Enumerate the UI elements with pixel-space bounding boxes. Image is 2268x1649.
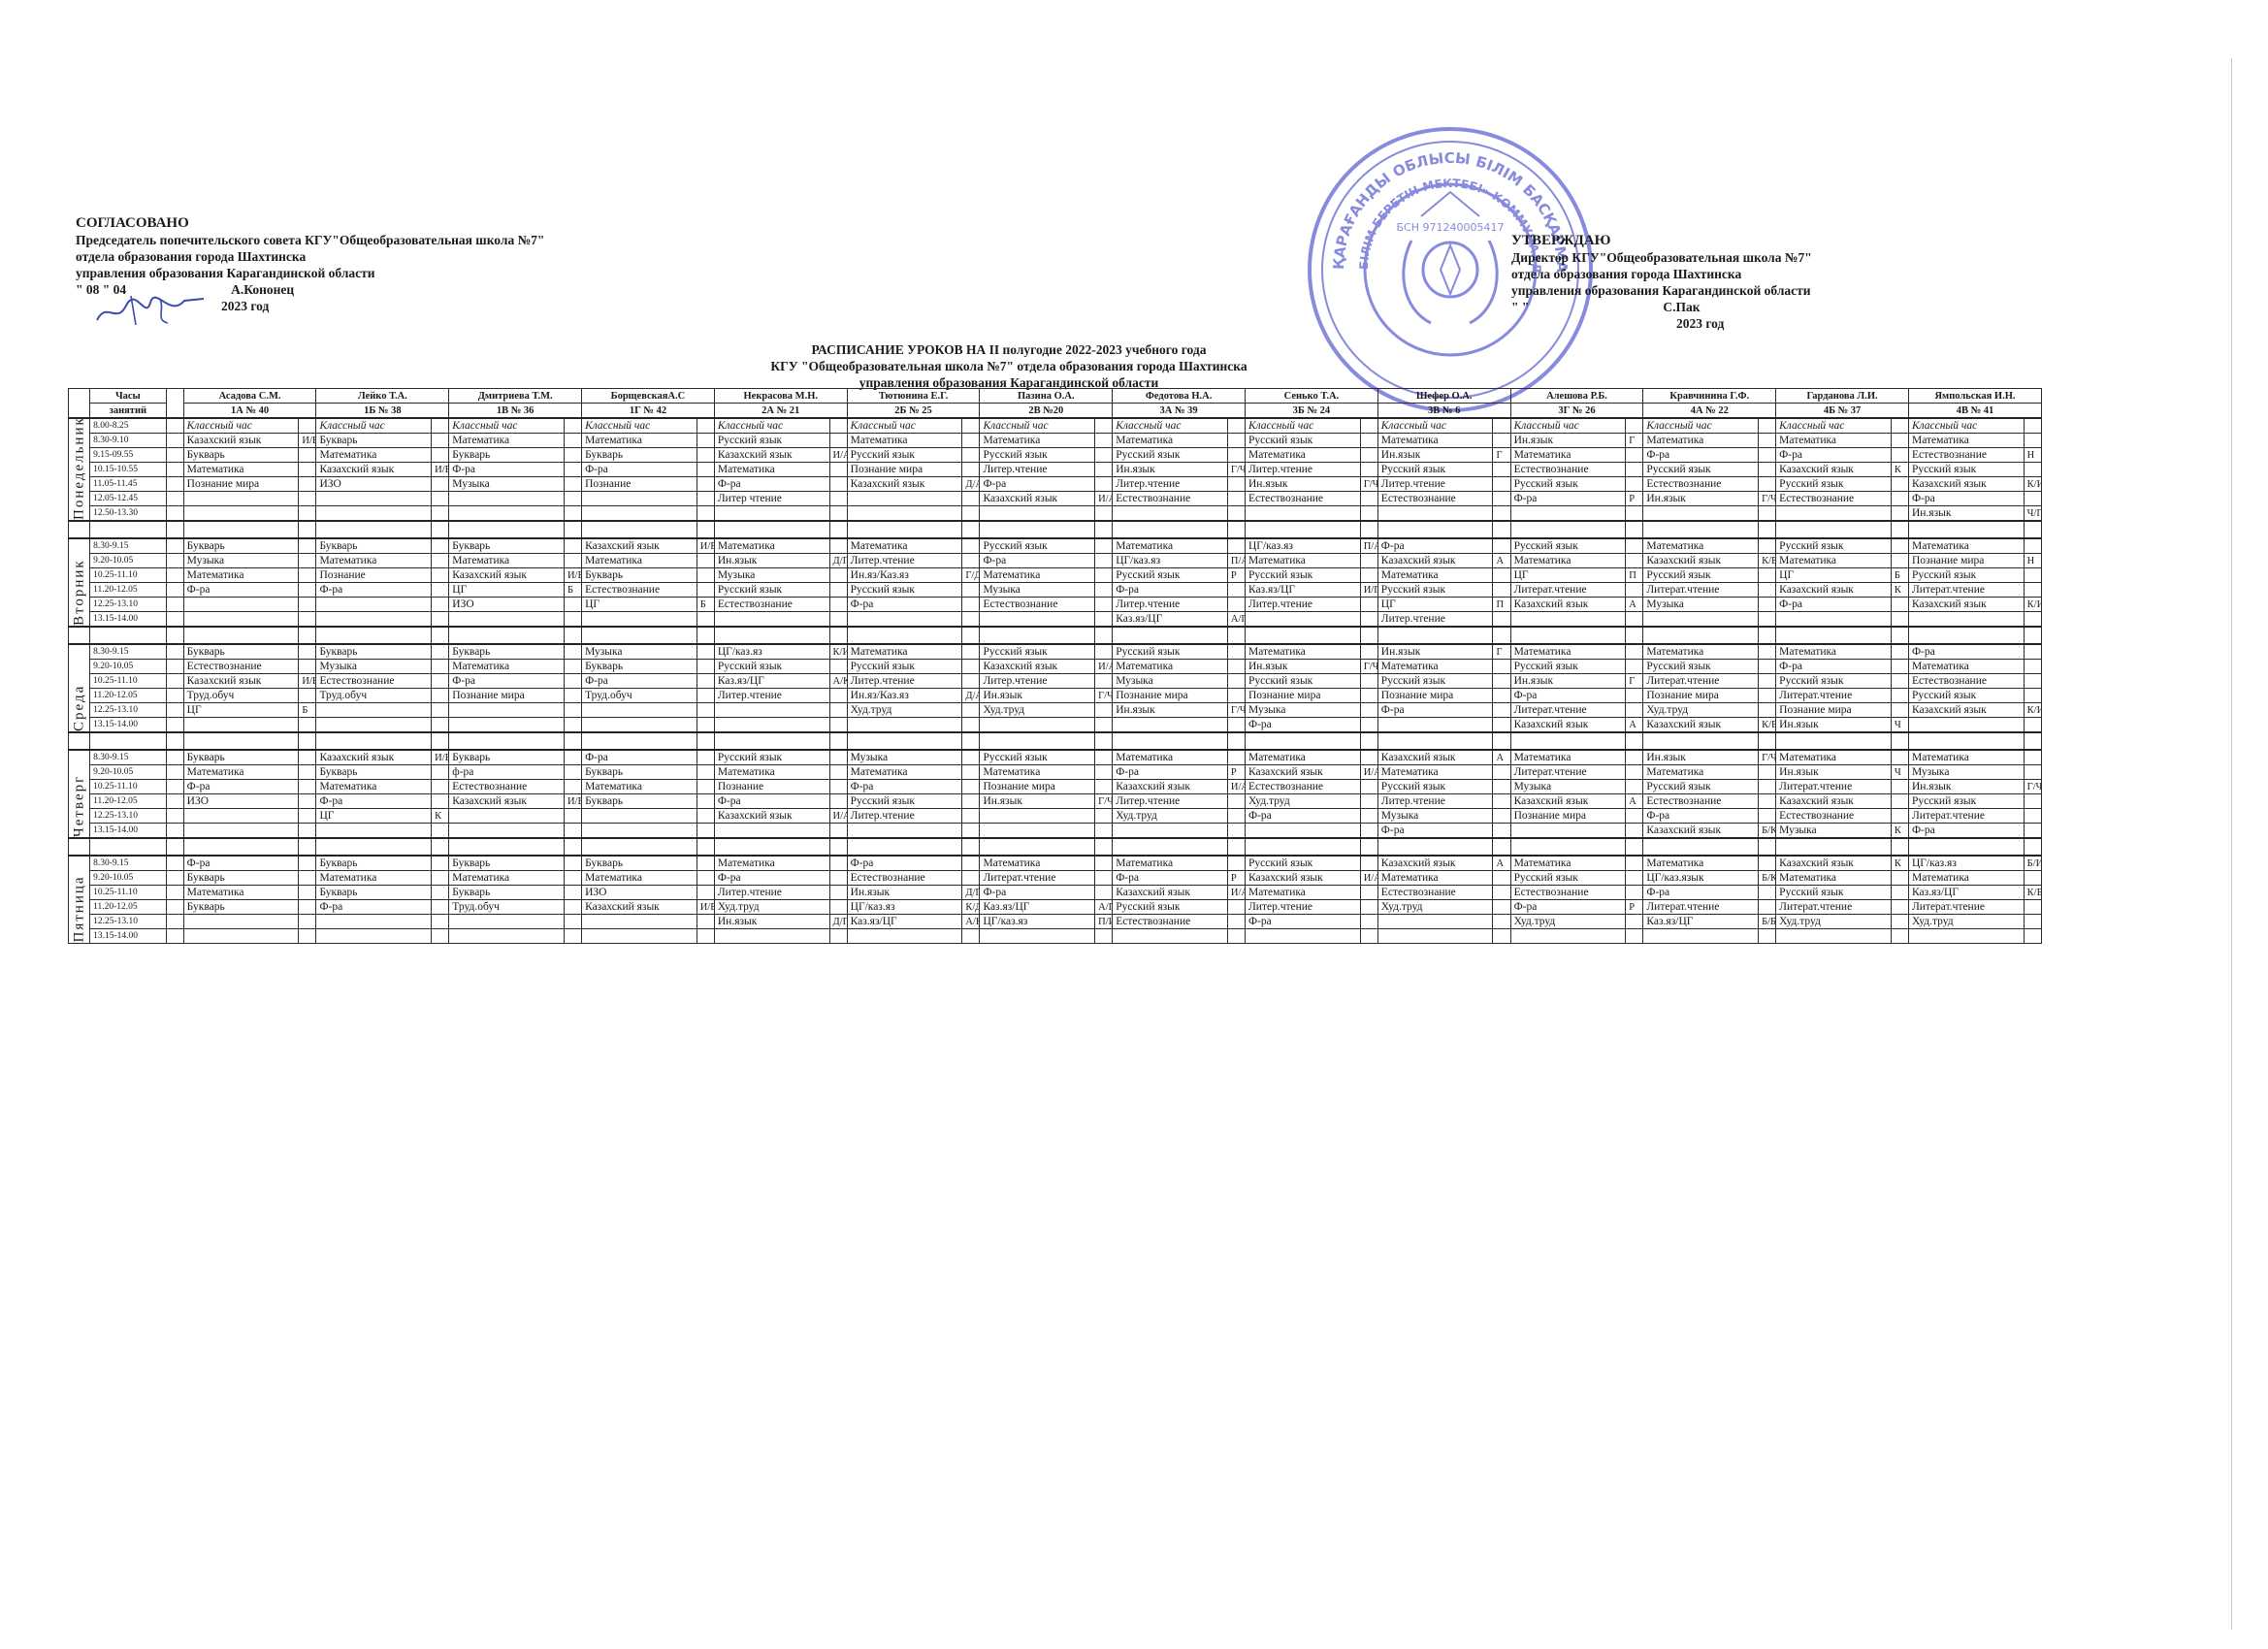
teacher-code [564,750,581,765]
empty-cell [564,838,581,856]
teacher-code [829,703,847,718]
empty-cell [1626,521,1643,538]
lesson-subject: Литерат.чтение [1510,583,1626,598]
teacher-code [299,568,316,583]
teacher-code [962,538,980,554]
teacher-code [829,538,847,554]
lesson-subject [582,718,697,733]
lesson-subject: Ф-ра [980,886,1095,900]
teacher-code [829,612,847,628]
table-row: 9.20-10.05БукварьМатематикаМатематикаМат… [69,871,2042,886]
teacher-code [564,660,581,674]
teacher-code: К/И [2024,598,2041,612]
lesson-subject: Музыка [714,568,829,583]
lesson-subject: Естествознание [183,660,299,674]
teacher-code: Г [1493,644,1510,660]
document-title: РАСПИСАНИЕ УРОКОВ НА II полугодие 2022-2… [582,341,1436,391]
spacer-cell [166,506,183,522]
lesson-time: 8.30-9.15 [90,856,166,871]
schedule-table: ЧасыАсадова С.М.Лейко Т.А.Дмитриева Т.М.… [68,388,2042,944]
empty-cell [564,627,581,644]
teacher-code [829,463,847,477]
teacher-code [962,492,980,506]
teacher-code [697,871,714,886]
lesson-time: 8.00-8.25 [90,418,166,434]
teacher-code: Г [1493,448,1510,463]
lesson-subject: ЦГ/каз.яз [1908,856,2024,871]
empty-cell [714,627,829,644]
approval-block-approved: УТВЕРЖДАЮ Директор КГУ"Общеобразовательн… [1511,233,1812,332]
lesson-subject: Литерат.чтение [1643,674,1759,689]
lesson-subject: Русский язык [1377,674,1493,689]
teacher-code: К/Б [2024,886,2041,900]
lesson-subject: Литер.чтение [1113,598,1228,612]
lesson-subject: Казахский язык [1113,780,1228,794]
lesson-subject [1377,718,1493,733]
lesson-time: 13.15-14.00 [90,612,166,628]
spacer-cell [166,915,183,929]
teacher-code [1360,689,1377,703]
teacher-code [1360,568,1377,583]
teacher-code [299,554,316,568]
lesson-subject: Букварь [183,871,299,886]
lesson-subject [449,718,565,733]
lesson-subject [1776,612,1892,628]
lesson-subject: Классный час [1246,418,1361,434]
teacher-code [697,418,714,434]
empty-cell [449,627,565,644]
lesson-subject: Казахский язык [1510,718,1626,733]
empty-cell [962,521,980,538]
lesson-subject: Ф-ра [1246,718,1361,733]
teacher-code [1891,871,1908,886]
empty-cell [1643,521,1759,538]
empty-cell [1113,521,1228,538]
lesson-subject: Ин.язык [1246,477,1361,492]
empty-cell [847,521,962,538]
teacher-name: Асадова С.М. [183,389,316,404]
teacher-code [697,689,714,703]
lesson-subject [316,612,432,628]
lesson-subject [1776,929,1892,944]
teacher-code: Д/Г [962,886,980,900]
lesson-subject [582,809,697,824]
lesson-subject: Казахский язык [316,750,432,765]
lesson-time: 9.20-10.05 [90,765,166,780]
lesson-subject: Каз.яз/ЦГ [1246,583,1361,598]
lesson-subject: Русский язык [1908,568,2024,583]
lesson-subject: Русский язык [1643,568,1759,583]
spacer-cell [166,448,183,463]
spacer-cell [166,477,183,492]
teacher-code [1626,463,1643,477]
lesson-subject: Ин.язык [980,689,1095,703]
lesson-time: 13.15-14.00 [90,718,166,733]
lesson-subject: Естествознание [1377,886,1493,900]
teacher-code [1626,780,1643,794]
teacher-code: Р [1626,900,1643,915]
day-label: Вторник [69,538,90,627]
teacher-code [1095,886,1113,900]
lesson-subject: Ф-ра [714,871,829,886]
teacher-code [564,929,581,944]
empty-cell [1510,732,1626,750]
teacher-code: Р [1227,765,1245,780]
lesson-subject [1510,506,1626,522]
teacher-code [432,886,449,900]
lesson-subject: Русский язык [1113,448,1228,463]
teacher-code [1493,538,1510,554]
table-row: 9.15-09.55БукварьМатематикаБукварьБуквар… [69,448,2042,463]
lesson-subject [316,703,432,718]
empty-cell [1776,521,1892,538]
teacher-code [2024,915,2041,929]
lesson-subject [714,703,829,718]
teacher-code [1360,674,1377,689]
teacher-code [1891,492,1908,506]
empty-cell [69,521,90,538]
lesson-time: 10.25-11.10 [90,568,166,583]
lesson-subject [980,809,1095,824]
lesson-subject: Букварь [449,750,565,765]
lesson-subject: Казахский язык [582,900,697,915]
lesson-subject: Математика [847,765,962,780]
lesson-subject [582,824,697,839]
teacher-code [1360,794,1377,809]
teacher-code [697,448,714,463]
teacher-code [1227,418,1245,434]
lesson-subject: Естествознание [316,674,432,689]
lesson-subject: Классный час [1643,418,1759,434]
table-row: 12.25-13.10ИЗОЦГБЕстествознаниеФ-раЕстес… [69,598,2042,612]
lesson-subject: Классный час [1776,418,1892,434]
teacher-code [962,765,980,780]
teacher-code: Б/И [2024,856,2041,871]
teacher-code [1360,718,1377,733]
teacher-code [1095,780,1113,794]
teacher-code: Н [2024,554,2041,568]
teacher-code [1626,750,1643,765]
lesson-subject: Литер чтение [714,492,829,506]
teacher-code: И/Б [432,750,449,765]
teacher-code [697,780,714,794]
lesson-subject: Каз.яз/ЦГ [847,915,962,929]
lesson-subject: Русский язык [1246,674,1361,689]
lesson-subject: Ин.яз/Каз.яз [847,689,962,703]
teacher-code [564,689,581,703]
teacher-code [962,703,980,718]
lesson-subject: Литерат.чтение [980,871,1095,886]
lesson-subject: Казахский язык [582,538,697,554]
lesson-subject: Познание мира [1113,689,1228,703]
teacher-code [1227,718,1245,733]
lesson-subject: Математика [449,554,565,568]
lesson-subject [183,612,299,628]
teacher-name: Ямпольская И.Н. [1908,389,2041,404]
teacher-code [564,886,581,900]
teacher-code [1891,929,1908,944]
teacher-code [564,477,581,492]
teacher-code: И/А [1095,492,1113,506]
teacher-code [829,750,847,765]
teacher-code: Б [299,703,316,718]
lesson-subject: Классный час [449,418,565,434]
class-room: 3Г № 26 [1510,404,1643,419]
teacher-code [299,750,316,765]
lesson-subject: Литерат.чтение [1908,809,2024,824]
teacher-code [2024,434,2041,448]
lesson-subject [1377,915,1493,929]
teacher-code [432,900,449,915]
day-separator-row [69,521,2042,538]
teacher-code [962,506,980,522]
teacher-code [1095,718,1113,733]
empty-cell [299,732,316,750]
teacher-code [1227,448,1245,463]
lesson-subject: Познание мира [1908,554,2024,568]
lesson-subject: Ф-ра [1246,809,1361,824]
lesson-subject: ЦГ [1377,598,1493,612]
lesson-subject: Познание мира [1377,689,1493,703]
lesson-subject: Русский язык [714,750,829,765]
teacher-code [1095,568,1113,583]
teacher-code: И/Б [697,900,714,915]
teacher-name: Алешова Р.Б. [1510,389,1643,404]
teacher-code [564,871,581,886]
lesson-subject: Казахский язык [1377,554,1493,568]
teacher-code: Г [1626,434,1643,448]
approval-date-mark: " " [1511,299,1529,315]
lesson-subject: Русский язык [847,448,962,463]
lesson-subject [1246,506,1361,522]
empty-cell [1908,521,2024,538]
lesson-subject [183,506,299,522]
lesson-subject: Казахский язык [1776,856,1892,871]
lesson-subject [847,718,962,733]
teacher-code [1626,886,1643,900]
lesson-subject: Классный час [847,418,962,434]
empty-cell [1891,627,1908,644]
empty-cell [847,627,962,644]
lesson-subject: Ин.язык [1113,463,1228,477]
teacher-code: Г [1626,674,1643,689]
table-row: 10.25-11.10Ф-раМатематикаЕстествознаниеМ… [69,780,2042,794]
lesson-subject: ЦГ [1776,568,1892,583]
teacher-code [697,886,714,900]
teacher-code [1493,674,1510,689]
class-room: 4А № 22 [1643,404,1776,419]
teacher-code [829,434,847,448]
lesson-subject: Русский язык [1908,689,2024,703]
lesson-subject: Худ.труд [1246,794,1361,809]
lesson-subject [980,929,1095,944]
lesson-subject: Математика [449,434,565,448]
lesson-subject: Ф-ра [1377,538,1493,554]
empty-cell [1643,838,1759,856]
teacher-code [1493,886,1510,900]
lesson-subject: Казахский язык [1643,554,1759,568]
teacher-code [299,765,316,780]
teacher-code [1360,900,1377,915]
table-row: 11.20-12.05БукварьФ-раТруд.обучКазахский… [69,900,2042,915]
lesson-time: 8.30-9.10 [90,434,166,448]
lesson-subject [449,915,565,929]
hours-header: Часы [90,389,166,404]
teacher-code [432,780,449,794]
lesson-subject: Ф-ра [1908,492,2024,506]
teacher-code [564,765,581,780]
lesson-subject: Познание [316,568,432,583]
teacher-code [2024,463,2041,477]
lesson-subject: Ф-ра [582,674,697,689]
teacher-code [1360,780,1377,794]
table-row: 12.50-13.30Ин.языкЧ/Г [69,506,2042,522]
lesson-subject: Музыка [183,554,299,568]
lesson-subject: Ф-ра [1776,660,1892,674]
empty-cell [2024,521,2041,538]
teacher-code [1759,477,1776,492]
empty-cell [1908,838,2024,856]
teacher-code [697,660,714,674]
lesson-subject: Худ.труд [1113,809,1228,824]
teacher-code [299,856,316,871]
empty-cell [1095,627,1113,644]
teacher-code [564,824,581,839]
lesson-subject [183,492,299,506]
day-separator-row [69,627,2042,644]
teacher-code [1759,929,1776,944]
lesson-subject: Ин.язык [714,554,829,568]
lesson-subject [1908,929,2024,944]
empty-cell [166,732,183,750]
empty-cell [847,732,962,750]
approval-line: Председатель попечительского совета КГУ"… [76,232,544,248]
teacher-code [2024,824,2041,839]
lesson-subject [183,598,299,612]
table-row: 9.20-10.05МузыкаМатематикаМатематикаМате… [69,554,2042,568]
empty-cell [1493,627,1510,644]
class-room: 1Г № 42 [582,404,715,419]
empty-cell [1510,521,1626,538]
lesson-subject: ЦГ [582,598,697,612]
day-label: Понедельник [69,418,90,521]
empty-cell [980,521,1095,538]
empty-cell [829,521,847,538]
empty-cell [69,627,90,644]
empty-cell [1776,732,1892,750]
day-label: Среда [69,644,90,732]
lesson-subject: Ф-ра [1643,448,1759,463]
teacher-code [1227,915,1245,929]
lesson-subject: Математика [1908,538,2024,554]
teacher-code [299,448,316,463]
lesson-subject: Математика [1776,434,1892,448]
teacher-code [432,598,449,612]
lesson-time: 8.30-9.15 [90,750,166,765]
lesson-subject: Познание мира [183,477,299,492]
lesson-subject: Ф-ра [1643,886,1759,900]
teacher-code [1360,886,1377,900]
empty-cell [1510,838,1626,856]
teacher-code [1759,568,1776,583]
lesson-subject: Музыка [1908,765,2024,780]
lesson-subject: Математика [449,871,565,886]
empty-cell [1360,732,1377,750]
teacher-code [1360,750,1377,765]
teacher-code [962,660,980,674]
empty-cell [1908,732,2024,750]
lesson-subject [847,612,962,628]
lesson-subject: Худ.труд [847,703,962,718]
class-room: 1А № 40 [183,404,316,419]
class-room: 3А № 39 [1113,404,1246,419]
lesson-subject: Букварь [582,568,697,583]
table-row: 9.20-10.05ЕстествознаниеМузыкаМатематика… [69,660,2042,674]
lesson-time: 9.15-09.55 [90,448,166,463]
table-row: 13.15-14.00 [69,929,2042,944]
lesson-subject [1643,929,1759,944]
teacher-code [564,448,581,463]
class-room: 1В № 36 [449,404,582,419]
lesson-subject: Казахский язык [1510,794,1626,809]
empty-cell [183,732,299,750]
lesson-subject: Классный час [316,418,432,434]
teacher-code [1493,780,1510,794]
teacher-code [1759,463,1776,477]
empty-cell [582,838,697,856]
lesson-subject: Русский язык [1776,674,1892,689]
teacher-code: И/Б [432,463,449,477]
teacher-code [1626,477,1643,492]
lesson-subject [449,824,565,839]
teacher-code [1493,434,1510,448]
teacher-code [1891,506,1908,522]
teacher-code [1626,929,1643,944]
lesson-subject: Литерат.чтение [1510,703,1626,718]
lesson-subject: Ф-ра [183,856,299,871]
lesson-subject: Казахский язык [1776,583,1892,598]
teacher-code [697,612,714,628]
teacher-code [2024,718,2041,733]
table-row: Вторник8.30-9.15БукварьБукварьБукварьКаз… [69,538,2042,554]
table-row: 12.25-13.10ЦГККазахский языкИ/АЛитер.чте… [69,809,2042,824]
approval-line: отдела образования города Шахтинска [76,248,544,265]
teacher-code [1360,824,1377,839]
teacher-code [1360,463,1377,477]
teacher-code [1095,765,1113,780]
lesson-subject: Казахский язык [1908,598,2024,612]
teacher-code: П [1626,568,1643,583]
lesson-time: 9.20-10.05 [90,554,166,568]
lesson-subject: Казахский язык [980,660,1095,674]
empty-cell [582,627,697,644]
lesson-subject [847,506,962,522]
lesson-subject: Литер.чтение [1113,477,1228,492]
teacher-code: П/А [1360,538,1377,554]
lesson-subject: Букварь [316,765,432,780]
teacher-code: А [1493,856,1510,871]
teacher-code [1360,856,1377,871]
lesson-subject: Естествознание [980,598,1095,612]
teacher-code [1493,824,1510,839]
class-room: 4В № 41 [1908,404,2041,419]
lesson-subject: Литер.чтение [847,674,962,689]
teacher-code [829,568,847,583]
teacher-code [1626,915,1643,929]
lesson-subject: Русский язык [980,538,1095,554]
title-line: РАСПИСАНИЕ УРОКОВ НА II полугодие 2022-2… [582,341,1436,358]
teacher-code [1360,809,1377,824]
